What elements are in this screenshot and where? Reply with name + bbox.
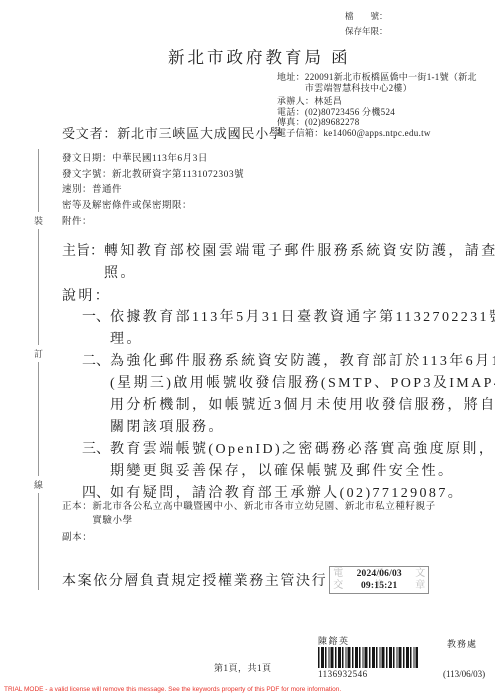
original-label: 正本：	[62, 501, 92, 528]
item-number: 三、	[82, 439, 110, 483]
original-recipients: 新北市各公私立高中職暨國中小、新北市各市立幼兒園、新北市私立種籽親子 實驗小學	[92, 501, 435, 528]
item-number: 二、	[82, 351, 110, 439]
item-text: 依據教育部113年5月31日臺教資通字第1132702231號函辦 理。	[110, 307, 495, 351]
barcode-date: (113/06/03)	[443, 669, 485, 679]
stamp-char: 電	[333, 568, 343, 579]
item-text: 為強化郵件服務系統資安防護，教育部訂於113年6月12日 (星期三)啟用帳號收發…	[110, 351, 495, 439]
sender-phone: 電話：(02)80723456 分機524	[277, 107, 477, 118]
sender-contact-person: 承辦人：林延昌	[277, 96, 477, 107]
barcode-number: 1136932546	[318, 669, 368, 679]
stamp-right-characters: 文 章	[415, 568, 425, 592]
description-item: 三、 教育雲端帳號(OpenID)之密碼務必落實高強度原則，並定 期變更與妥善保…	[82, 439, 495, 483]
authorization-text: 本案依分層負責規定授權業務主管決行	[62, 570, 327, 590]
file-number-label: 檔 號：	[345, 9, 388, 24]
subject-text: 轉知教育部校園雲端電子郵件服務系統資安防護，請查 照。	[104, 241, 495, 285]
binding-mark-xian: 線	[32, 476, 45, 493]
stamp-time: 09:15:21	[361, 581, 397, 591]
stamp-char: 章	[415, 580, 425, 591]
page-number: 第1頁，共1頁	[214, 661, 272, 674]
sender-email: 電子信箱：ke14060@apps.ntpc.edu.tw	[277, 128, 477, 139]
description-item: 二、 為強化郵件服務系統資安防護，教育部訂於113年6月12日 (星期三)啟用帳…	[82, 351, 495, 439]
description-label: 說明：	[62, 285, 111, 305]
document-title: 新北市政府教育局 函	[168, 44, 351, 68]
description-item: 一、 依據教育部113年5月31日臺教資通字第1132702231號函辦 理。	[82, 307, 495, 351]
retention-period-label: 保存年限：	[345, 24, 388, 39]
archive-labels: 檔 號： 保存年限：	[345, 9, 388, 38]
sender-address-row: 地址： 220091新北市板橋區僑中一街1-1號（新北 市雲端智慧科技中心2樓）	[277, 72, 477, 93]
trial-mode-watermark: TRIAL MODE - a valid license will remove…	[4, 686, 341, 693]
attachment-line: 附件：	[62, 215, 244, 231]
subject-row: 主旨： 轉知教育部校園雲端電子郵件服務系統資安防護，請查 照。	[62, 241, 495, 285]
security-class-line: 密等及解密條件或保密期限：	[62, 199, 244, 215]
item-number: 一、	[82, 307, 110, 351]
electronic-exchange-stamp: 電 交 子 換 2024/06/03 09:15:21 文 章	[329, 566, 429, 594]
copy-label: 副本：	[62, 532, 436, 546]
issue-date-line: 發文日期：中華民國113年6月3日	[62, 152, 244, 168]
department-name: 教務處	[447, 637, 477, 650]
authorization-row: 本案依分層負責規定授權業務主管決行 電 交 子 換 2024/06/03 09:…	[62, 566, 429, 594]
stamp-datetime: 2024/06/03 09:15:21	[357, 568, 402, 592]
recipient-line: 受文者：新北市三峽區大成國民小學	[62, 123, 283, 142]
description-items: 一、 依據教育部113年5月31日臺教資通字第1132702231號函辦 理。 …	[82, 307, 495, 505]
document-meta-block: 發文日期：中華民國113年6月3日 發文字號：新北教研資字第1131072303…	[62, 152, 244, 231]
stamp-date: 2024/06/03	[357, 569, 402, 579]
binding-mark-ding: 訂	[32, 345, 45, 362]
doc-number-line: 發文字號：新北教研資字第1131072303號	[62, 168, 244, 184]
subject-label: 主旨：	[62, 241, 104, 285]
distribution-block: 正本： 新北市各公私立高中職暨國中小、新北市各市立幼兒園、新北市私立種籽親子 實…	[62, 501, 436, 546]
item-text: 教育雲端帳號(OpenID)之密碼務必落實高強度原則，並定 期變更與妥善保存，以…	[110, 439, 495, 483]
sender-info-block: 地址： 220091新北市板橋區僑中一街1-1號（新北 市雲端智慧科技中心2樓）…	[277, 72, 477, 139]
sender-address: 220091新北市板橋區僑中一街1-1號（新北 市雲端智慧科技中心2樓）	[305, 72, 477, 93]
binding-mark-zhuang: 裝	[32, 212, 45, 229]
speed-class-line: 速別：普通件	[62, 183, 244, 199]
barcode	[318, 647, 418, 668]
sender-fax: 傳真：(02)89682278	[277, 117, 477, 128]
sender-address-label: 地址：	[277, 72, 305, 93]
original-recipients-row: 正本： 新北市各公私立高中職暨國中小、新北市各市立幼兒園、新北市私立種籽親子 實…	[62, 501, 436, 528]
signer-name: 陳鎔英	[318, 634, 350, 647]
stamp-char: 交	[333, 580, 343, 591]
stamp-left-characters: 電 交	[333, 568, 343, 592]
document-page: 檔 號： 保存年限： 新北市政府教育局 函 地址： 220091新北市板橋區僑中…	[0, 0, 495, 700]
stamp-char: 文	[415, 568, 425, 579]
